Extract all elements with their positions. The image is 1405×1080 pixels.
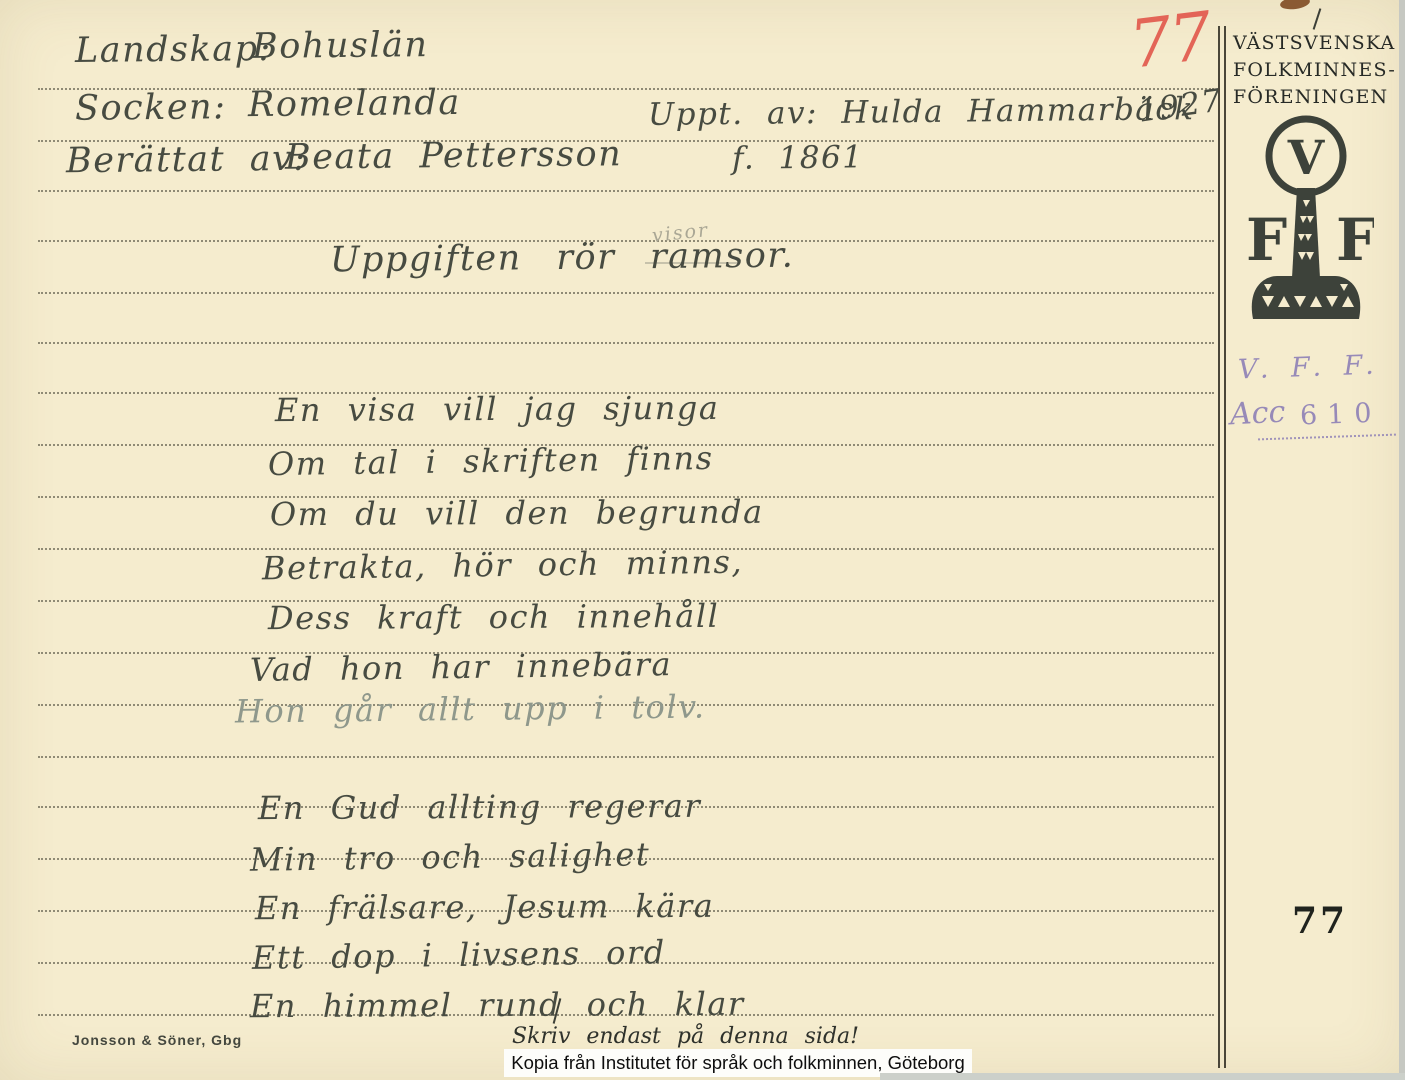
field-value-landskap: Bohuslän: [252, 25, 429, 67]
accession-label: Acc: [1229, 395, 1286, 433]
printer-imprint: Jonsson & Söner, Gbg: [72, 1032, 242, 1048]
scan-edge-right: [1399, 0, 1405, 1080]
ruled-line: [38, 190, 1214, 192]
vff-hammer-logo: V F F: [1240, 108, 1374, 326]
ruled-line: [38, 292, 1214, 294]
field-value-berattat-av: Beata Pettersson: [285, 134, 623, 178]
field-label-socken: Socken:: [75, 87, 227, 129]
verse-handwritten-line: En himmel rund och klar: [250, 985, 745, 1026]
logo-letter-f-left: F: [1246, 206, 1287, 274]
org-line-3: FÖRENINGEN: [1233, 84, 1405, 111]
logo-letter-v: V: [1287, 131, 1326, 186]
verse-handwritten-line: Vad hon har innebära: [250, 645, 673, 689]
org-line-2: FOLKMINNES-: [1233, 57, 1405, 84]
ruled-line: [38, 756, 1214, 758]
org-line-1: VÄSTSVENSKA: [1233, 30, 1405, 57]
field-value-socken: Romelanda: [248, 83, 461, 125]
verse-1-pencil-line: Hon går allt upp i tolv.: [235, 688, 706, 731]
vff-stamp: V. F. F.: [1238, 350, 1382, 386]
collector-note: Uppt. av: Hulda Hammarbäck: [648, 91, 1195, 133]
verse-handwritten-line: Ett dop i livsens ord: [252, 933, 666, 977]
organization-name: VÄSTSVENSKA FOLKMINNES- FÖRENINGEN: [1233, 30, 1405, 111]
column-divider: [1218, 26, 1226, 1068]
verse-handwritten-line: En frälsare, Jesum kära: [255, 887, 715, 927]
verse-handwritten-line: Dess kraft och innehåll: [268, 597, 719, 637]
paper-tear-speck: [1279, 0, 1310, 11]
page-number-red: 77: [1126, 0, 1215, 84]
field-label-landskap: Landskap:: [75, 29, 272, 71]
pen-tick-mark: [1313, 8, 1322, 30]
verse-handwritten-line: Om du vill den begrunda: [270, 493, 764, 534]
ruled-line: [38, 342, 1214, 344]
accession-number: 610: [1299, 398, 1382, 432]
copy-note-text: Kopia från Institutet för språk och folk…: [511, 1052, 965, 1074]
accession-dotted-line: [1258, 434, 1396, 441]
manuscript-title: Uppgiften rör ramsor.: [330, 236, 795, 281]
logo-letter-f-right: F: [1336, 206, 1374, 274]
page-number-stamp: 77: [1292, 900, 1348, 942]
verse-handwritten-line: Betrakta, hör och minns,: [262, 543, 744, 588]
archival-record-card: Landskap: Bohuslän Socken: Romelanda Upp…: [0, 0, 1405, 1080]
verse-handwritten-line: Om tal i skriften finns: [268, 439, 714, 483]
verse-handwritten-line: Min tro och salighet: [250, 835, 651, 879]
informant-birth-year: f. 1861: [732, 139, 864, 176]
field-label-berattat-av: Berättat av:: [66, 139, 307, 182]
verse-handwritten-line: En Gud allting regerar: [258, 787, 701, 827]
verse-handwritten-line: En visa vill jag sjunga: [275, 389, 720, 429]
scan-edge-bottom: [880, 1073, 1405, 1080]
print-instruction: Skriv endast på denna sida!: [512, 1024, 859, 1049]
